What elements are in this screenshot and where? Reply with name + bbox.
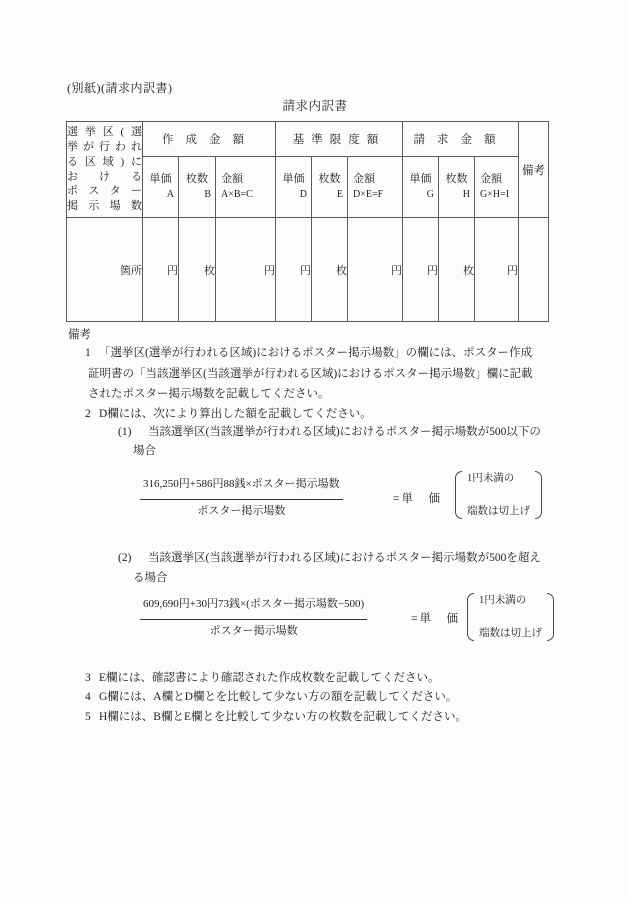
cell-unit-yen-d: 円 (276, 218, 312, 322)
remark-item-3-number: 3 (85, 671, 99, 685)
remark-case-1-line-2: 場合 (133, 444, 156, 458)
formula-1-numerator: 316,250円+586円88銭×ポスター掲示場数 (140, 477, 343, 500)
group-header-claim-amount: 請求金額 (403, 122, 519, 157)
subheader-amount-i: 金額G×H=I (475, 157, 519, 218)
formula-1-equals-unit-price: =単 価 (393, 492, 442, 506)
header-poster-sites-line: 選挙区(選 (67, 125, 142, 140)
formula-2-note-line-2: 端数は切上げ (479, 627, 542, 640)
remark-case-2: (2) 当該選挙区(当該選挙が行われる区域)におけるポスター掲示場数が500を超… (118, 551, 541, 565)
remark-item-2: 2 D欄には、次により算出した額を記載してください。 (85, 407, 372, 421)
remark-item-3: 3 E欄には、確認書により確認された作成枚数を記載してください。 (85, 671, 440, 685)
remark-case-1-line-1: 当該選挙区(当該選挙が行われる区域)におけるポスター掲示場数が500以下の (148, 425, 541, 439)
left-bracket (467, 593, 474, 641)
header-remarks: 備考 (519, 122, 549, 218)
formula-1-denominator: ポスター掲示場数 (140, 500, 343, 518)
remark-case-2-line-1: 当該選挙区(当該選挙が行われる区域)におけるポスター掲示場数が500を超え (148, 551, 541, 565)
formula-1-note-line-2: 端数は切上げ (467, 505, 530, 518)
remark-item-4: 4 G欄には、A欄とD欄とを比較して少ない方の額を記載してください。 (85, 690, 457, 704)
cell-unit-sheets-h: 枚 (439, 218, 475, 322)
cell-unit-sheets-b: 枚 (179, 218, 216, 322)
formula-1-fraction: 316,250円+586円88銭×ポスター掲示場数 ポスター掲示場数 (140, 477, 343, 518)
remark-item-1-line-2: 証明書の「当該選挙区(当該選挙が行われる区域)におけるポスター掲示場数」欄に記載 (88, 367, 533, 381)
formula-2-numerator: 609,690円+30円73銭×(ポスター掲示場数−500) (140, 597, 367, 620)
header-poster-sites-line: ポスター (67, 184, 142, 199)
remark-item-1-number: 1 (85, 346, 99, 360)
page-title: 請求内訳書 (0, 96, 630, 114)
remark-case-2-number: (2) (118, 551, 148, 565)
header-poster-sites-line: 掲示場数 (67, 199, 142, 214)
remark-item-4-number: 4 (85, 690, 99, 704)
cell-unit-yen-c: 円 (216, 218, 276, 322)
subheader-sheets-h: 枚数H (439, 157, 475, 218)
cell-unit-yen-i: 円 (475, 218, 519, 322)
cell-unit-yen-g: 円 (403, 218, 439, 322)
remark-case-1-number: (1) (118, 425, 148, 439)
header-poster-sites-line: 挙が行われ (67, 140, 142, 155)
left-bracket (455, 471, 462, 519)
remark-item-5-number: 5 (85, 710, 99, 724)
subheader-unit-price-d: 単価D (276, 157, 312, 218)
subheader-sheets-b: 枚数B (179, 157, 216, 218)
subheader-amount-c: 金額A×B=C (216, 157, 276, 218)
remark-item-1: 1 「選挙区(選挙が行われる区域)におけるポスター掲示場数」の欄には、ポスター作… (85, 346, 532, 360)
formula-1-rounding-note: 1円未満の 端数は切上げ (455, 471, 542, 519)
cell-remarks-empty (519, 218, 549, 322)
formula-1-note-line-1: 1円未満の (467, 472, 530, 485)
formula-2-fraction: 609,690円+30円73銭×(ポスター掲示場数−500) ポスター掲示場数 (140, 597, 367, 638)
group-header-creation-amount: 作成金額 (143, 122, 276, 157)
document-page: (別紙)(請求内訳書) 請求内訳書 選挙区(選 挙が行われ る区域)に おける … (0, 0, 630, 903)
remark-item-5-line-1: H欄には、B欄とE欄とを比較して少ない方の枚数を記載してください。 (99, 710, 467, 724)
corner-note: (別紙)(請求内訳書) (67, 79, 173, 96)
remark-item-2-number: 2 (85, 407, 99, 421)
remark-item-1-line-1: 「選挙区(選挙が行われる区域)におけるポスター掲示場数」の欄には、ポスター作成 (99, 346, 532, 360)
subheader-unit-price-g: 単価G (403, 157, 439, 218)
remark-item-2-line-1: D欄には、次により算出した額を記載してください。 (99, 407, 372, 421)
remark-item-1-line-3: されたポスター掲示場数を記載してください。 (88, 387, 330, 401)
formula-2-note-line-1: 1円未満の (479, 594, 542, 607)
cell-unit-yen-f: 円 (348, 218, 403, 322)
remark-case-2-line-2: る場合 (133, 571, 168, 585)
remark-item-3-line-1: E欄には、確認書により確認された作成枚数を記載してください。 (99, 671, 440, 685)
remark-case-1: (1) 当該選挙区(当該選挙が行われる区域)におけるポスター掲示場数が500以下… (118, 425, 541, 439)
formula-2-equals-unit-price: =単 価 (411, 612, 460, 626)
remark-item-4-line-1: G欄には、A欄とD欄とを比較して少ない方の額を記載してください。 (99, 690, 457, 704)
subheader-amount-f: 金額D×E=F (348, 157, 403, 218)
header-poster-sites: 選挙区(選 挙が行われ る区域)に おける ポスター 掲示場数 (67, 122, 143, 218)
cell-unit-sheets-e: 枚 (312, 218, 348, 322)
group-header-standard-limit: 基準限度額 (276, 122, 403, 157)
billing-breakdown-table: 選挙区(選 挙が行われ る区域)に おける ポスター 掲示場数 作成金額 基準限… (66, 121, 549, 322)
cell-place-unit: 箇所 (67, 218, 143, 322)
remark-item-5: 5 H欄には、B欄とE欄とを比較して少ない方の枚数を記載してください。 (85, 710, 467, 724)
formula-2-rounding-note: 1円未満の 端数は切上げ (467, 593, 554, 641)
remarks-label: 備考 (68, 328, 91, 342)
header-poster-sites-line: おける (67, 170, 142, 185)
right-bracket (547, 593, 554, 641)
formula-2-denominator: ポスター掲示場数 (140, 620, 367, 638)
header-poster-sites-line: る区域)に (67, 155, 142, 170)
right-bracket (535, 471, 542, 519)
table-row: 箇所 円 枚 円 円 枚 円 円 枚 円 (67, 218, 549, 322)
subheader-sheets-e: 枚数E (312, 157, 348, 218)
cell-unit-yen-a: 円 (143, 218, 179, 322)
subheader-unit-price-a: 単価A (143, 157, 179, 218)
